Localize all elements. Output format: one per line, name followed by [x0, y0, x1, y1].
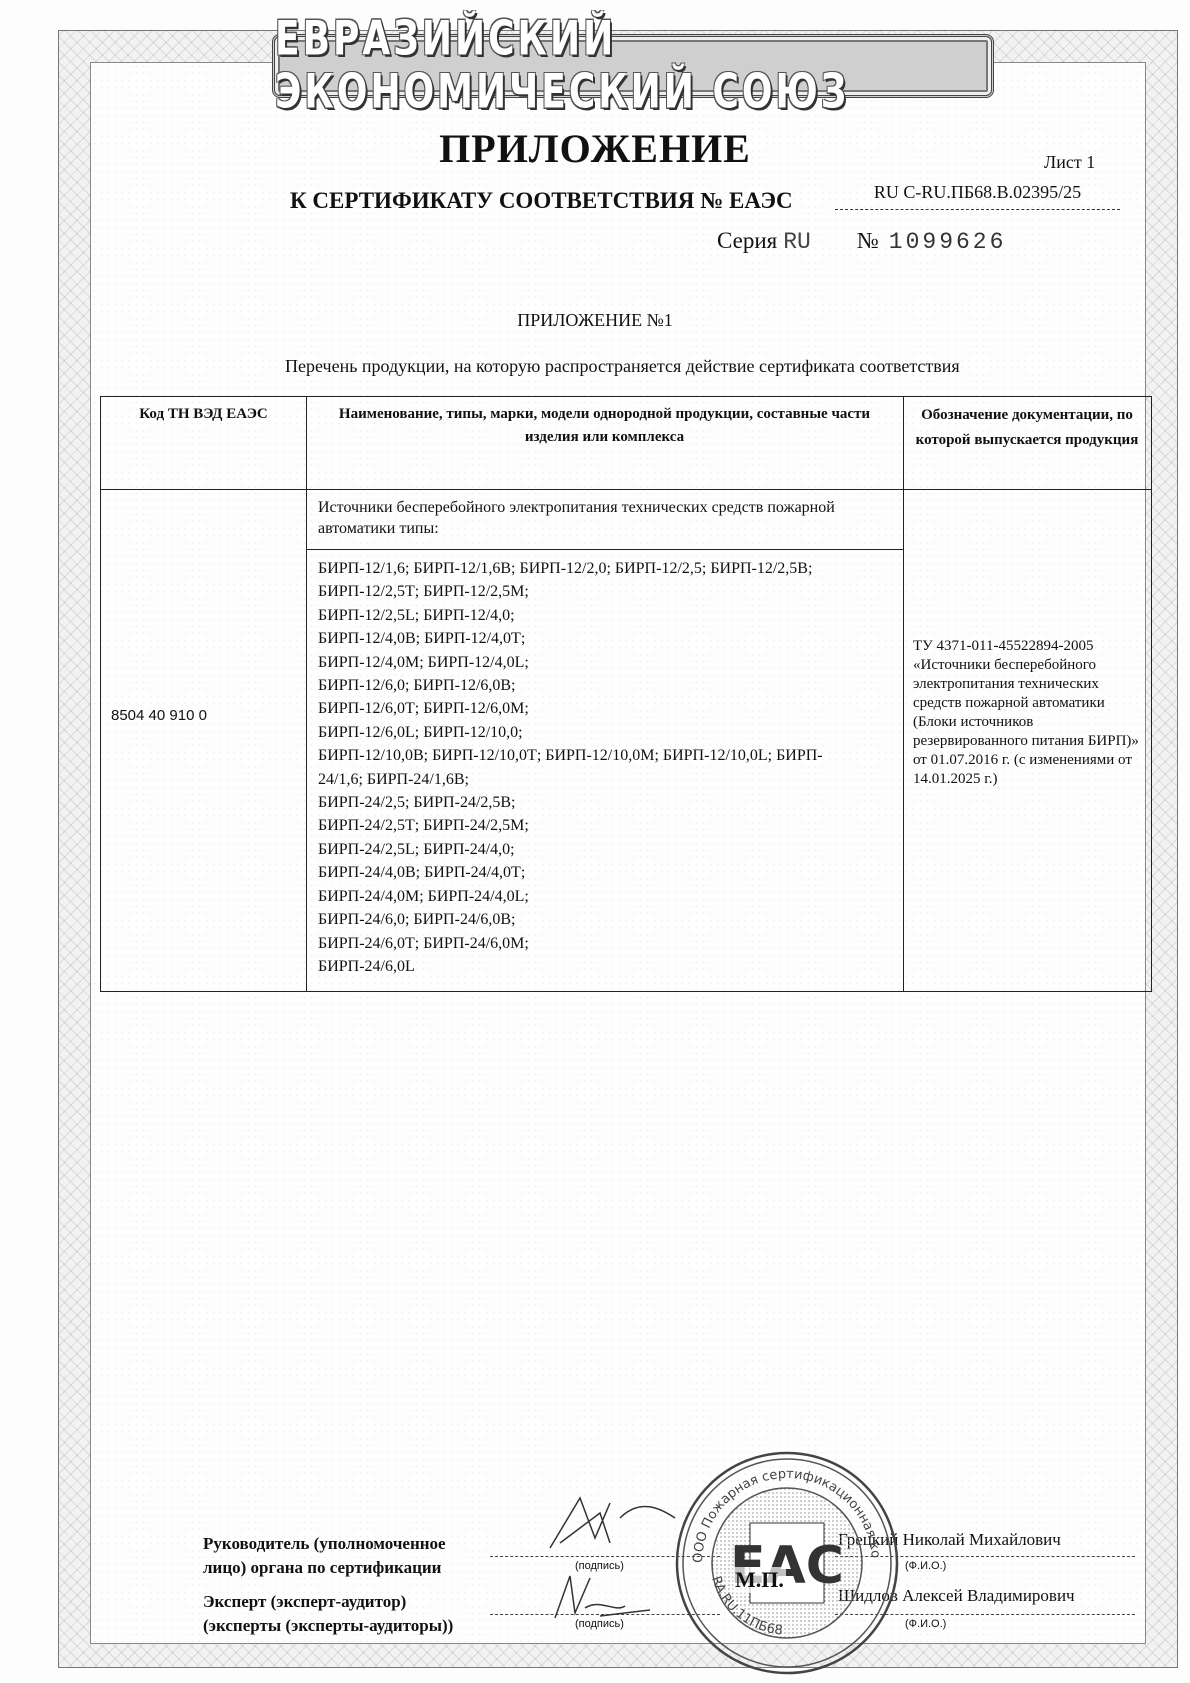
model-line: БИРП-24/4,0М; БИРП-24/4,0L;: [318, 885, 895, 908]
model-line: БИРП-24/6,0L: [318, 955, 895, 978]
models-list: БИРП-12/1,6; БИРП-12/1,6В; БИРП-12/2,0; …: [318, 557, 895, 978]
form-number: 1099626: [889, 229, 1007, 255]
appendix-number: ПРИЛОЖЕНИЕ №1: [0, 310, 1190, 331]
page-title: ПРИЛОЖЕНИЕ: [0, 125, 1190, 172]
sheet-number: Лист 1: [1044, 152, 1095, 173]
union-banner: ЕВРАЗИЙСКИЙ ЭКОНОМИЧЕСКИЙ СОЮЗ: [272, 34, 994, 98]
documentation-text: ТУ 4371-011-45522894-2005 «Источники бес…: [913, 637, 1145, 789]
column-products: Наименование, типы, марки, модели одноро…: [306, 397, 904, 991]
column-code: Код ТН ВЭД ЕАЭС 8504 40 910 0: [101, 397, 307, 991]
stamp-icon: ООО Пожарная сертификационная компания R…: [672, 1448, 902, 1678]
banner-text: ЕВРАЗИЙСКИЙ ЭКОНОМИЧЕСКИЙ СОЮЗ: [275, 13, 991, 120]
certificate-page: ЕВРАЗИЙСКИЙ ЭКОНОМИЧЕСКИЙ СОЮЗ ПРИЛОЖЕНИ…: [0, 0, 1190, 1683]
tn-ved-code: 8504 40 910 0: [111, 707, 207, 724]
product-divider: [306, 549, 903, 550]
model-line: БИРП-24/2,5; БИРП-24/2,5В;: [318, 791, 895, 814]
model-line: БИРП-12/4,0В; БИРП-12/4,0Т;: [318, 627, 895, 650]
model-line: БИРП-24/6,0Т; БИРП-24/6,0М;: [318, 932, 895, 955]
series-line: СерияRU№1099626: [717, 228, 1006, 255]
stamp-mp-label: М.П.: [733, 1567, 786, 1593]
column-documentation: Обозначение документации, по которой вып…: [903, 397, 1151, 991]
series-value: RU: [783, 229, 811, 255]
number-label: №: [857, 228, 879, 253]
model-line: БИРП-12/6,0L; БИРП-12/10,0;: [318, 721, 895, 744]
model-line: БИРП-24/2,5Т; БИРП-24/2,5М;: [318, 814, 895, 837]
head-label: Руководитель (уполномоченное лицо) орган…: [203, 1532, 446, 1580]
expert-name-caption: (Ф.И.О.): [905, 1618, 946, 1630]
head-signature-icon: [540, 1488, 680, 1563]
head-name-caption: (Ф.И.О.): [905, 1560, 946, 1572]
model-line: БИРП-12/6,0; БИРП-12/6,0В;: [318, 674, 895, 697]
list-caption: Перечень продукции, на которую распростр…: [285, 356, 960, 377]
expert-signature-icon: [545, 1568, 655, 1628]
model-line: БИРП-24/4,0В; БИРП-24/4,0Т;: [318, 861, 895, 884]
model-line: 24/1,6; БИРП-24/1,6В;: [318, 768, 895, 791]
expert-label: Эксперт (эксперт-аудитор) (эксперты (экс…: [203, 1590, 453, 1638]
model-line: БИРП-12/2,5L; БИРП-12/4,0;: [318, 604, 895, 627]
model-line: БИРП-24/6,0; БИРП-24/6,0В;: [318, 908, 895, 931]
model-line: БИРП-12/1,6; БИРП-12/1,6В; БИРП-12/2,0; …: [318, 557, 895, 580]
model-line: БИРП-24/2,5L; БИРП-24/4,0;: [318, 838, 895, 861]
header-code: Код ТН ВЭД ЕАЭС: [107, 403, 300, 426]
certificate-prefix: К СЕРТИФИКАТУ СООТВЕТСТВИЯ № ЕАЭС: [290, 188, 793, 214]
model-line: БИРП-12/10,0В; БИРП-12/10,0Т; БИРП-12/10…: [318, 744, 895, 767]
header-documentation: Обозначение документации, по которой вып…: [909, 403, 1145, 453]
certificate-number: RU C-RU.ПБ68.В.02395/25: [835, 182, 1120, 210]
series-label: Серия: [717, 228, 777, 253]
model-line: БИРП-12/4,0М; БИРП-12/4,0L;: [318, 651, 895, 674]
products-table: Код ТН ВЭД ЕАЭС 8504 40 910 0 Наименован…: [100, 396, 1152, 992]
model-line: БИРП-12/6,0Т; БИРП-12/6,0М;: [318, 697, 895, 720]
header-products: Наименование, типы, марки, модели одноро…: [312, 403, 897, 449]
model-line: БИРП-12/2,5Т; БИРП-12/2,5М;: [318, 580, 895, 603]
product-intro: Источники бесперебойного электропитания …: [318, 497, 895, 539]
